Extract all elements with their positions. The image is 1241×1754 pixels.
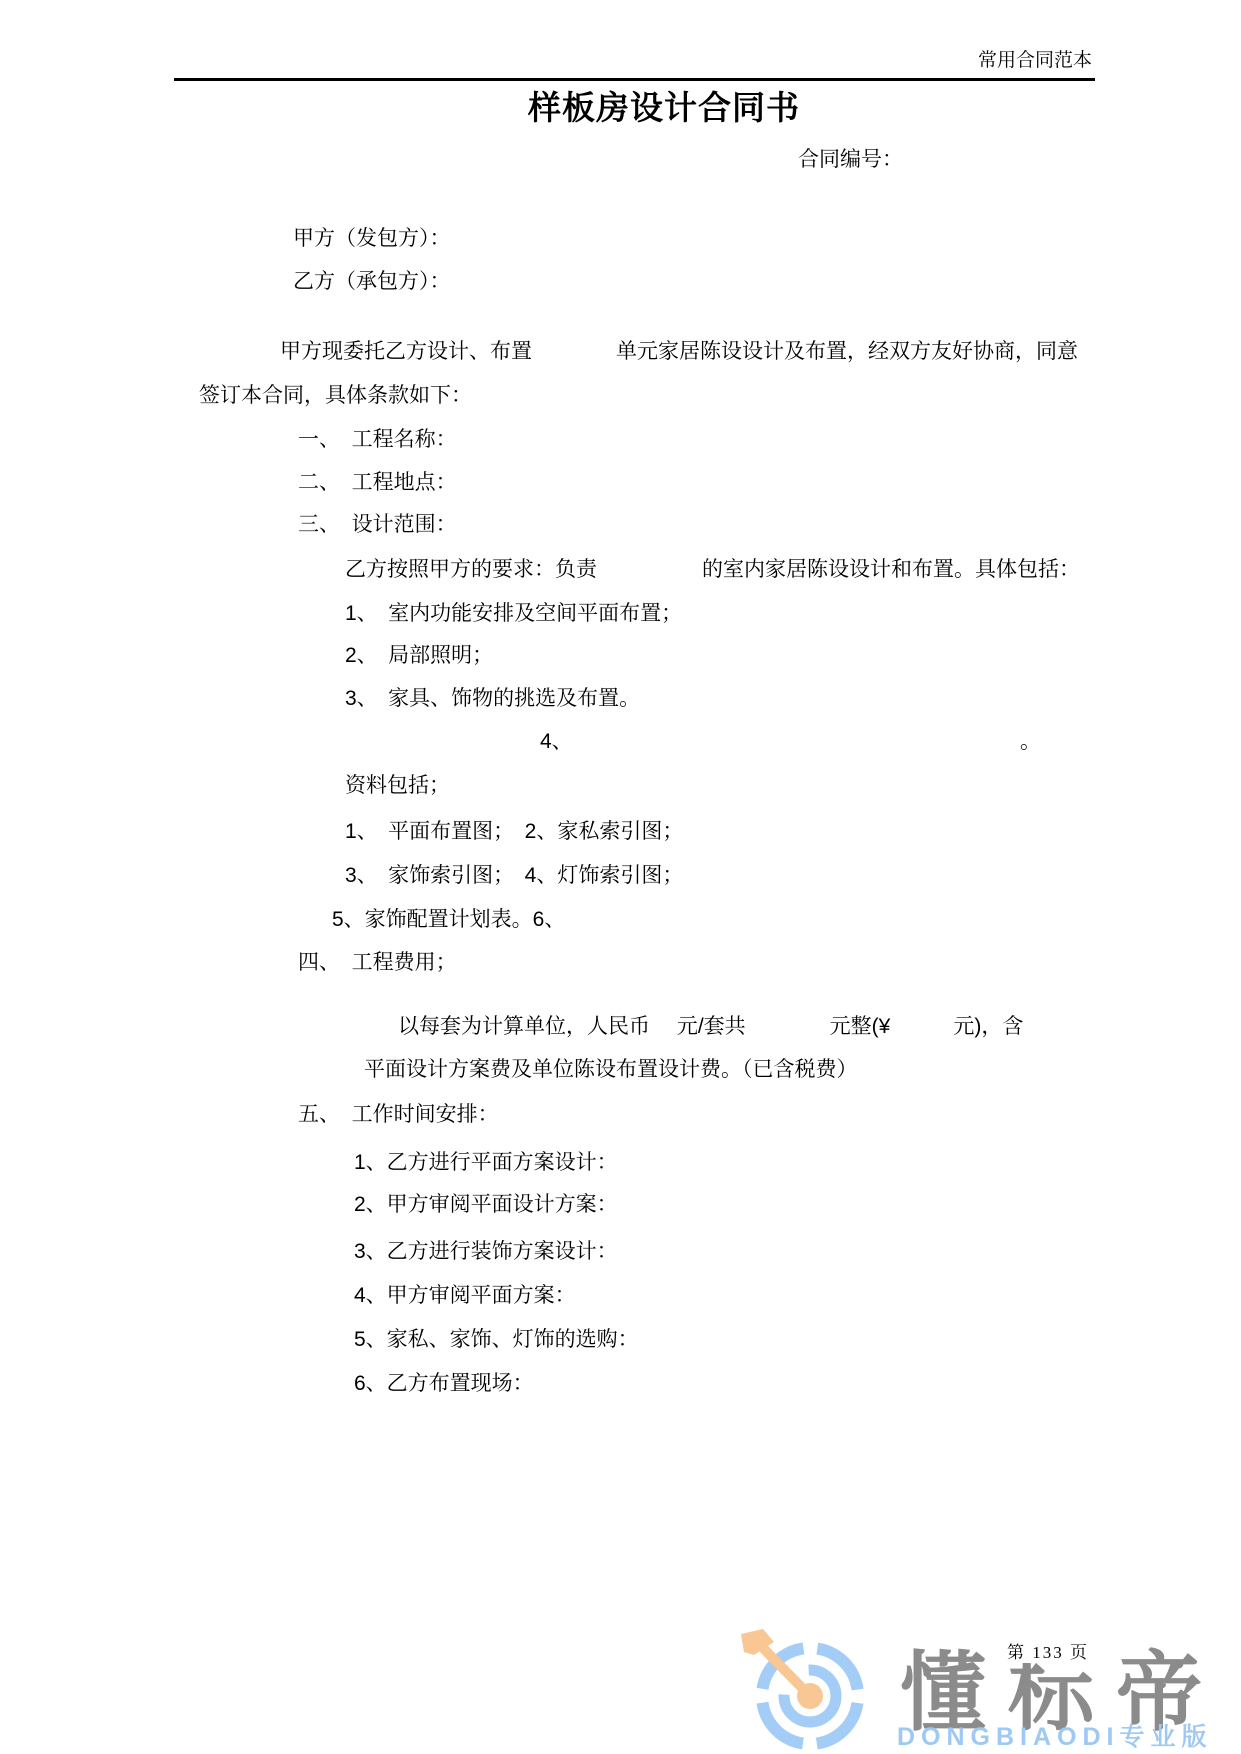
clause-3-item-3: 3、 家具、饰物的挑选及布置。 — [345, 687, 640, 711]
clause-4-project-cost: 四、 工程费用； — [298, 951, 457, 975]
clause-5-item-2: 2、甲方审阅平面设计方案： — [354, 1193, 618, 1217]
clause-3-materials-line-3: 5、家饰配置计划表。6、 — [332, 908, 565, 932]
contract-number-label: 合同编号： — [798, 148, 903, 172]
page-title: 样板房设计合同书 — [528, 89, 800, 127]
party-b-line: 乙方（承包方）： — [293, 270, 451, 294]
watermark-brand-latin-edition: DONGBIAODI专业版 — [897, 1725, 1213, 1750]
clause-3-item-2: 2、 局部照明； — [345, 644, 493, 668]
clause-5-item-6: 6、乙方布置现场： — [354, 1372, 534, 1396]
clause-5-item-1: 1、乙方进行平面方案设计： — [354, 1151, 618, 1175]
contract-document-page: 常用合同范本 样板房设计合同书 合同编号： 甲方（发包方）： 乙方（承包方）： … — [0, 0, 1241, 1754]
page-number: 第 133 页 — [1004, 1643, 1092, 1663]
clause-3-item-4-period: 。 — [1020, 730, 1041, 754]
clause-2-project-location: 二、 工程地点： — [298, 471, 457, 495]
party-a-line: 甲方（发包方）： — [293, 227, 451, 251]
watermark-target-logo-icon — [740, 1628, 880, 1754]
clause-3-item-4-number: 4、 — [540, 730, 573, 754]
intro-line-1: 甲方现委托乙方设计、布置 单元家居陈设设计及布置，经双方友好协商，同意 — [280, 340, 1078, 364]
clause-5-item-3: 3、乙方进行装饰方案设计： — [354, 1240, 618, 1264]
intro-line-2: 签订本合同，具体条款如下： — [199, 384, 472, 408]
running-header: 常用合同范本 — [978, 50, 1092, 72]
header-divider-line — [174, 78, 1095, 81]
clause-3-materials-line-2: 3、 家饰索引图； 4、灯饰索引图； — [345, 864, 683, 888]
clause-4-line-2: 平面设计方案费及单位陈设布置设计费。（已含税费） — [364, 1058, 858, 1082]
clause-4-line-1: 以每套为计算单位，人民币 元/套共 元整(¥ 元)，含 — [398, 1015, 1023, 1039]
clause-5-item-4: 4、甲方审阅平面方案： — [354, 1284, 576, 1308]
clause-5-work-schedule: 五、 工作时间安排： — [298, 1103, 499, 1127]
clause-5-item-5: 5、家私、家饰、灯饰的选购： — [354, 1328, 639, 1352]
clause-3-materials-label: 资料包括； — [345, 774, 450, 798]
clause-3-design-scope: 三、 设计范围： — [298, 513, 457, 537]
clause-1-project-name: 一、 工程名称： — [298, 428, 457, 452]
clause-3-intro: 乙方按照甲方的要求：负责 的室内家居陈设设计和布置。具体包括： — [345, 558, 1080, 582]
clause-3-materials-line-1: 1、 平面布置图； 2、家私索引图； — [345, 820, 683, 844]
clause-3-item-1: 1、 室内功能安排及空间平面布置； — [345, 602, 682, 626]
